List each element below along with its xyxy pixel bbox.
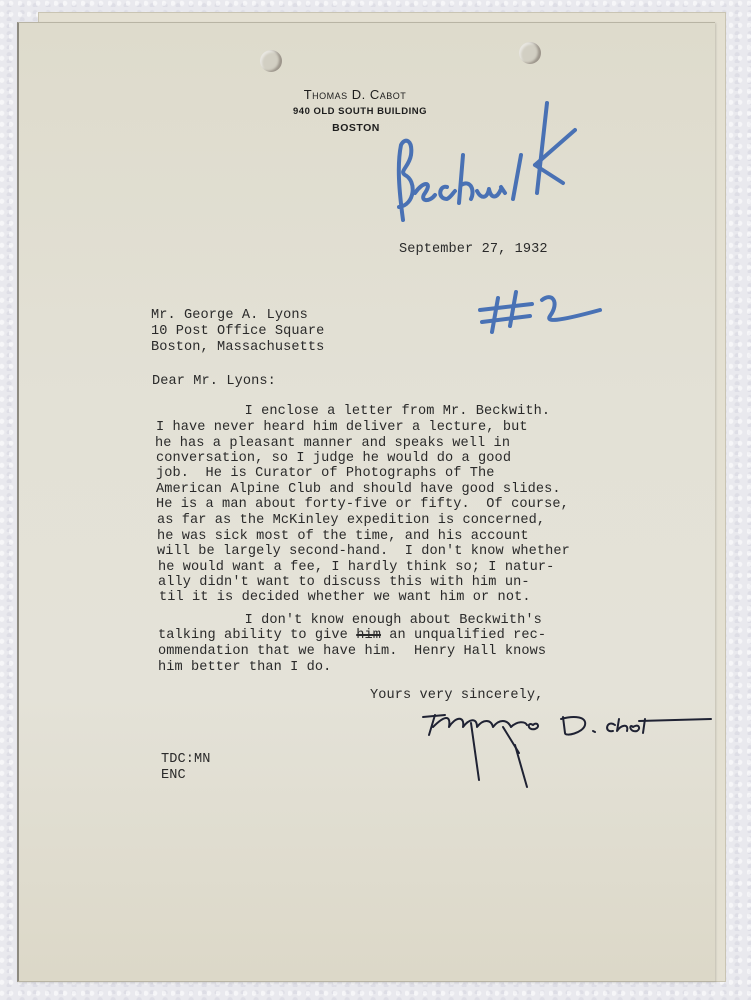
body-line: conversation, so I judge he would do a g… (156, 451, 511, 467)
recipient-city: Boston, Massachusetts (151, 340, 324, 356)
recipient-street: 10 Post Office Square (151, 324, 324, 340)
body-line: He is a man about forty-five or fifty. O… (156, 497, 569, 513)
pencil-annotation-number (476, 280, 606, 340)
struck-word: him (356, 628, 381, 643)
body-line: talking ability to give him an unqualifi… (158, 628, 546, 644)
body-line: will be largely second-hand. I don't kno… (157, 544, 570, 560)
body-line: I have never heard him deliver a lecture… (156, 420, 528, 436)
body-line: him better than I do. (158, 660, 331, 676)
punch-hole-left (260, 50, 282, 72)
letter-date: September 27, 1932 (399, 242, 548, 258)
body-line: ommendation that we have him. Henry Hall… (158, 644, 546, 660)
closing: Yours very sincerely, (370, 688, 543, 704)
body-line: American Alpine Club and should have goo… (156, 482, 561, 498)
body-line: til it is decided whether we want him or… (159, 590, 531, 606)
signature: Thomas D. Cabot (415, 705, 715, 800)
body-line: job. He is Curator of Photographs of The (156, 466, 495, 482)
body-text: an unqualified rec- (381, 628, 546, 643)
body-line: he has a pleasant manner and speaks well… (155, 436, 510, 452)
body-line: I don't know enough about Beckwith's (162, 613, 542, 629)
body-line: he was sick most of the time, and his ac… (157, 529, 529, 545)
body-line: I enclose a letter from Mr. Beckwith. (162, 404, 550, 420)
reference-initials: TDC:MN (161, 752, 211, 768)
punch-hole-right (519, 42, 541, 64)
body-text: talking ability to give (158, 628, 356, 643)
recipient-name: Mr. George A. Lyons (151, 308, 308, 324)
body-line: he would want a fee, I hardly think so; … (158, 560, 554, 576)
enclosure-notation: ENC (161, 768, 186, 784)
body-line: as far as the McKinley expedition is con… (157, 513, 545, 529)
letterhead-city: BOSTON (328, 122, 384, 134)
salutation: Dear Mr. Lyons: (152, 374, 276, 390)
body-line: ally didn't want to discuss this with hi… (158, 575, 530, 591)
pencil-annotation-beckwith (385, 95, 585, 235)
